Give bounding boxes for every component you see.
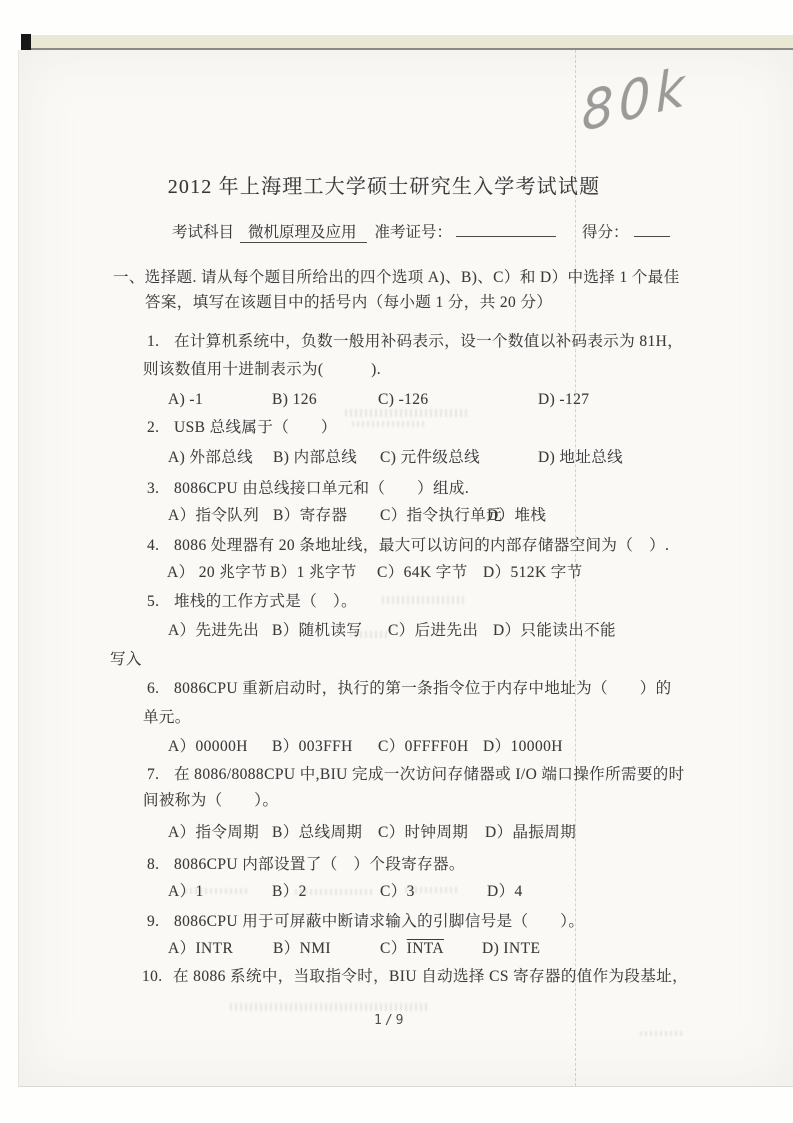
option-c: C) -126 bbox=[378, 390, 429, 410]
bleed-through-smudge bbox=[295, 889, 375, 895]
question-2-text: USB 总线属于（ ） bbox=[174, 419, 337, 436]
question-8-options: A）1 B）2 C）3 D）4 bbox=[0, 882, 793, 902]
question-3-line1: 3.8086CPU 由总线接口单元和（ ）组成. bbox=[147, 479, 469, 499]
option-d: D）512K 字节 bbox=[483, 563, 583, 583]
bleed-through-smudge bbox=[350, 631, 388, 638]
option-c: C）0FFFF0H bbox=[378, 737, 469, 757]
bleed-through-smudge bbox=[382, 596, 467, 604]
question-3-text: 8086CPU 由总线接口单元和（ ）组成. bbox=[174, 480, 469, 497]
question-8-text: 8086CPU 内部设置了（ ）个段寄存器。 bbox=[174, 856, 465, 873]
scan-edge-strip bbox=[27, 35, 793, 49]
option-b: B) 内部总线 bbox=[273, 448, 357, 468]
option-d: D）只能读出不能 bbox=[493, 621, 616, 641]
question-6-line2: 单元。 bbox=[143, 708, 191, 728]
question-6-number: 6. bbox=[147, 679, 174, 699]
option-b: B）1 兆字节 bbox=[270, 563, 357, 583]
bleed-through-smudge bbox=[230, 1003, 430, 1011]
question-10-line1: 10.在 8086 系统中，当取指令时，BIU 自动选择 CS 寄存器的值作为段… bbox=[142, 967, 688, 987]
option-a: A) -1 bbox=[168, 390, 203, 410]
subject-value: 微机原理及应用 bbox=[240, 224, 367, 243]
question-10-number: 10. bbox=[142, 967, 173, 987]
option-c-overlined-signal: INTA bbox=[407, 940, 444, 957]
section-heading-line1: 一、选择题. 请从每个题目所给出的四个选项 A)、B)、C）和 D）中选择 1 … bbox=[113, 268, 680, 288]
question-9-number: 9. bbox=[147, 912, 174, 932]
question-1-text: 在计算机系统中，负数一般用补码表示，设一个数值以补码表示为 81H， bbox=[174, 333, 683, 350]
option-d: D）10000H bbox=[483, 737, 563, 757]
section-heading-line2: 答案，填写在该题目中的括号内（每小题 1 分，共 20 分） bbox=[145, 293, 552, 313]
question-1-number: 1. bbox=[147, 332, 174, 352]
option-b: B）003FFH bbox=[272, 737, 353, 757]
bleed-through-smudge bbox=[185, 888, 250, 894]
question-4-text: 8086 处理器有 20 条地址线，最大可以访问的内部存储器空间为（ ）. bbox=[174, 537, 669, 554]
option-a: A）先进先出 bbox=[168, 621, 259, 641]
option-a: A) 外部总线 bbox=[168, 448, 253, 468]
question-9-text: 8086CPU 用于可屏蔽中断请求输入的引脚信号是（ ）。 bbox=[174, 913, 584, 930]
option-c: C）后进先出 bbox=[388, 621, 478, 641]
question-8-line1: 8.8086CPU 内部设置了（ ）个段寄存器。 bbox=[147, 855, 465, 875]
question-10-text: 在 8086 系统中，当取指令时，BIU 自动选择 CS 寄存器的值作为段基址， bbox=[173, 968, 688, 985]
option-b: B）随机读写 bbox=[272, 621, 362, 641]
question-6-line1: 6.8086CPU 重新启动时，执行的第一条指令位于内存中地址为（ ）的 bbox=[147, 679, 672, 699]
question-2-options: A) 外部总线 B) 内部总线 C) 元件级总线 D) 地址总线 bbox=[0, 448, 793, 468]
bleed-through-smudge bbox=[640, 1031, 685, 1036]
question-6-text: 8086CPU 重新启动时，执行的第一条指令位于内存中地址为（ ）的 bbox=[174, 680, 672, 697]
question-1-options: A) -1 B) 126 C) -126 D) -127 bbox=[0, 390, 793, 410]
question-1-line2: 则该数值用十进制表示为( ). bbox=[143, 360, 381, 380]
option-a: A）指令队列 bbox=[168, 506, 259, 526]
question-5-option-d-continuation: 写入 bbox=[110, 650, 142, 670]
option-c: C）INTA bbox=[380, 939, 444, 959]
bleed-through-smudge bbox=[405, 887, 460, 893]
option-d: D) -127 bbox=[538, 390, 589, 410]
option-c-prefix: C） bbox=[380, 940, 407, 957]
score-blank-line bbox=[634, 221, 670, 237]
option-b: B）寄存器 bbox=[273, 506, 347, 526]
option-b: B) 126 bbox=[272, 390, 317, 410]
question-2-line1: 2.USB 总线属于（ ） bbox=[147, 418, 337, 438]
subject-label: 考试科目 bbox=[172, 224, 234, 241]
question-5-number: 5. bbox=[147, 592, 174, 612]
option-c: C）时钟周期 bbox=[378, 823, 468, 843]
option-d: D) 地址总线 bbox=[538, 448, 623, 468]
question-2-number: 2. bbox=[147, 418, 174, 438]
question-5-options: A）先进先出 B）随机读写 C）后进先出 D）只能读出不能 bbox=[0, 621, 793, 641]
question-7-line2: 间被称为（ ）。 bbox=[143, 791, 278, 811]
page-number: 1/9 bbox=[374, 1013, 406, 1028]
exam-meta-line: 考试科目微机原理及应用准考证号：得分： bbox=[172, 220, 670, 242]
question-6-options: A）00000H B）003FFH C）0FFFF0H D）10000H bbox=[0, 737, 793, 757]
option-d: D) INTE bbox=[482, 939, 540, 959]
question-9-options: A）INTR B）NMI C）INTA D) INTE bbox=[0, 939, 793, 959]
option-d: D）晶振周期 bbox=[485, 823, 576, 843]
bleed-through-smudge bbox=[345, 409, 470, 417]
question-4-number: 4. bbox=[147, 536, 174, 556]
question-9-line1: 9.8086CPU 用于可屏蔽中断请求输入的引脚信号是（ ）。 bbox=[147, 912, 584, 932]
question-1-line1: 1.在计算机系统中，负数一般用补码表示，设一个数值以补码表示为 81H， bbox=[147, 332, 683, 352]
option-b: B）NMI bbox=[273, 939, 331, 959]
question-7-options: A）指令周期 B）总线周期 C）时钟周期 D）晶振周期 bbox=[0, 823, 793, 843]
ticket-label: 准考证号： bbox=[375, 224, 453, 241]
question-5-text: 堆栈的工作方式是（ ）。 bbox=[174, 593, 357, 610]
option-c: C) 元件级总线 bbox=[380, 448, 480, 468]
option-a: A） 20 兆字节 bbox=[167, 563, 267, 583]
option-a: A）指令周期 bbox=[168, 823, 259, 843]
option-c: C）64K 字节 bbox=[377, 563, 468, 583]
question-7-line1: 7.在 8086/8088CPU 中,BIU 完成一次访问存储器或 I/O 端口… bbox=[147, 765, 685, 785]
question-3-options: A）指令队列 B）寄存器 C）指令执行单元 D）堆栈 bbox=[0, 506, 793, 526]
bleed-through-smudge bbox=[318, 829, 348, 835]
score-label: 得分： bbox=[582, 224, 629, 241]
question-5-line1: 5.堆栈的工作方式是（ ）。 bbox=[147, 592, 357, 612]
question-7-text: 在 8086/8088CPU 中,BIU 完成一次访问存储器或 I/O 端口操作… bbox=[174, 766, 685, 783]
question-4-options: A） 20 兆字节 B）1 兆字节 C）64K 字节 D）512K 字节 bbox=[0, 563, 793, 583]
question-4-line1: 4.8086 处理器有 20 条地址线，最大可以访问的内部存储器空间为（ ）. bbox=[147, 536, 669, 556]
scanned-exam-page: 80k 2012 年上海理工大学硕士研究生入学考试试题 考试科目微机原理及应用准… bbox=[0, 0, 793, 1123]
option-d: D）4 bbox=[487, 882, 523, 902]
question-3-number: 3. bbox=[147, 479, 174, 499]
question-7-number: 7. bbox=[147, 765, 174, 785]
exam-title: 2012 年上海理工大学硕士研究生入学考试试题 bbox=[0, 170, 768, 199]
option-d: D）堆栈 bbox=[487, 506, 546, 526]
question-8-number: 8. bbox=[147, 855, 174, 875]
option-a: A）00000H bbox=[168, 737, 248, 757]
option-c: C）指令执行单元 bbox=[380, 506, 502, 526]
bleed-through-smudge bbox=[352, 421, 427, 427]
option-a: A）INTR bbox=[168, 939, 233, 959]
ticket-blank-line bbox=[456, 221, 556, 237]
